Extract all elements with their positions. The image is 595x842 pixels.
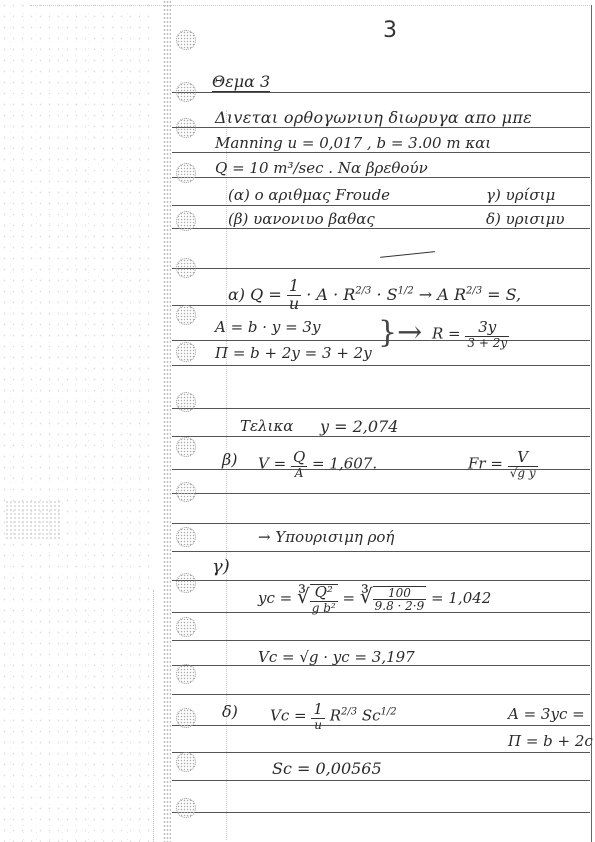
fraction: 1u bbox=[287, 278, 301, 313]
cube-root-icon: ∛ bbox=[297, 584, 310, 608]
eq-tail: = S, bbox=[487, 285, 521, 304]
ruled-line bbox=[172, 812, 590, 813]
froude-equation: Fr = V√g y bbox=[468, 450, 538, 479]
question-g: γ) υρίσιμ bbox=[486, 186, 555, 204]
final-depth: y = 2,074 bbox=[320, 417, 398, 436]
part-d-label: δ) bbox=[222, 702, 238, 721]
part-c-label: γ) bbox=[212, 556, 230, 577]
binder-hole bbox=[176, 82, 196, 102]
critical-depth-equation: yc = ∛Q²g b² = ∛1009.8 · 2·9 = 1,042 bbox=[258, 584, 491, 614]
cube-root-icon: ∛ bbox=[360, 584, 373, 608]
binder-hole bbox=[176, 118, 196, 138]
frac-num: 3y bbox=[465, 320, 509, 337]
binder-hole bbox=[176, 752, 196, 772]
page-right-edge bbox=[591, 5, 592, 842]
margin-line bbox=[226, 110, 227, 840]
eq-lhs: Fr = bbox=[468, 455, 503, 473]
binder-hole bbox=[176, 527, 196, 547]
frac-den: u bbox=[287, 296, 301, 313]
binder-hole bbox=[176, 798, 196, 818]
brace-arrow: }→ bbox=[378, 318, 422, 348]
eq-s: Sc bbox=[362, 707, 381, 725]
fraction: V√g y bbox=[508, 450, 538, 479]
eq-result: = 1,607. bbox=[312, 455, 377, 473]
page-title: Θεμα 3 bbox=[212, 72, 270, 92]
ruled-line bbox=[172, 436, 590, 437]
problem-line-1: Διvεται ορθογωνιυη διωρυγα απο μπε bbox=[215, 108, 532, 127]
ruled-line bbox=[172, 640, 590, 641]
question-d: δ) υρισιμυ bbox=[486, 210, 564, 228]
final-label: Τελικα bbox=[240, 417, 293, 435]
paper-fold-line bbox=[153, 590, 155, 842]
eq-result: A R bbox=[437, 285, 466, 304]
ruled-line bbox=[172, 365, 590, 366]
binder-hole bbox=[176, 342, 196, 362]
underline-stroke bbox=[380, 251, 435, 258]
eq-lhs: yc = bbox=[258, 589, 292, 607]
page-number: 3 bbox=[383, 18, 397, 43]
exponent: 1/2 bbox=[398, 285, 414, 296]
ruled-line bbox=[172, 205, 590, 206]
ruled-line bbox=[172, 228, 590, 229]
binder-hole bbox=[176, 392, 196, 412]
fraction: QA bbox=[291, 450, 307, 479]
binder-hole bbox=[176, 30, 196, 50]
ruled-line bbox=[172, 780, 590, 781]
exponent: 2/3 bbox=[466, 285, 482, 296]
frac-den: 3 + 2y bbox=[465, 337, 509, 350]
binder-hole bbox=[176, 437, 196, 457]
eq-rhs: · A · R bbox=[306, 285, 355, 304]
binder-hole bbox=[176, 573, 196, 593]
ruled-line bbox=[172, 268, 590, 269]
eq-result: = 1,042 bbox=[431, 589, 491, 607]
binder-hole bbox=[176, 258, 196, 278]
part-b-label: β) bbox=[222, 450, 238, 469]
question-b: (β) υανονιυο βαθας bbox=[228, 210, 375, 228]
side-area-equation: A = 3yc = bbox=[508, 705, 585, 723]
velocity-equation: V = QA = 1,607. bbox=[258, 450, 377, 479]
area-equation: A = b · y = 3y bbox=[215, 318, 320, 336]
flow-type: → Υπουρισιμη ροή bbox=[258, 528, 394, 546]
problem-line-3: Q = 10 m³/sec . Να βρεθούν bbox=[215, 159, 428, 177]
question-a: (α) ο αριθμας Froude bbox=[228, 186, 390, 204]
frac-den: 9.8 · 2·9 bbox=[373, 600, 427, 613]
eq-lhs: R = bbox=[432, 325, 461, 343]
binding-strip bbox=[163, 0, 171, 842]
critical-slope-result: Sc = 0,00565 bbox=[272, 759, 382, 778]
ruled-line bbox=[172, 523, 590, 524]
scan-top-edge bbox=[30, 5, 590, 6]
scan-noise-left bbox=[0, 0, 150, 842]
ruled-line bbox=[172, 127, 590, 128]
frac-num: V bbox=[508, 450, 538, 467]
perimeter-equation: Π = b + 2y = 3 + 2y bbox=[215, 344, 372, 362]
frac-num: Q² bbox=[310, 585, 338, 602]
frac-den: A bbox=[291, 467, 307, 480]
hydraulic-radius-equation: R = 3y3 + 2y bbox=[432, 320, 509, 349]
fraction: 1u bbox=[311, 702, 325, 731]
scan-noise-patch bbox=[5, 500, 60, 540]
ruled-line bbox=[172, 177, 590, 178]
ruled-line bbox=[172, 551, 590, 552]
exponent: 1/2 bbox=[381, 707, 397, 718]
frac-den: √g y bbox=[508, 467, 538, 480]
exponent: 2/3 bbox=[341, 707, 357, 718]
eq-lhs: Q = bbox=[250, 285, 282, 304]
eq-rhs: R bbox=[330, 707, 341, 725]
ruled-line bbox=[172, 694, 590, 695]
fraction: 1009.8 · 2·9 bbox=[373, 586, 427, 613]
binder-hole bbox=[176, 211, 196, 231]
eq-lhs: V = bbox=[258, 455, 286, 473]
implies-arrow: → bbox=[419, 285, 432, 304]
binder-hole bbox=[176, 617, 196, 637]
part-a-equation: α) Q = 1u · A · R2/3 · S1/2 → A R2/3 = S… bbox=[228, 278, 521, 313]
problem-line-2: Manning u = 0,017 , b = 3.00 m και bbox=[215, 134, 491, 152]
binder-hole bbox=[176, 664, 196, 684]
ruled-line bbox=[172, 752, 590, 753]
ruled-line bbox=[172, 152, 590, 153]
eq-mid: · S bbox=[376, 285, 397, 304]
ruled-line bbox=[172, 92, 590, 93]
frac-den: g b² bbox=[310, 602, 338, 615]
frac-num: Q bbox=[291, 450, 307, 467]
critical-velocity-equation: Vc = √g · yc = 3,197 bbox=[258, 648, 415, 666]
ruled-line bbox=[172, 580, 590, 581]
part-a-label: α) bbox=[228, 285, 245, 304]
binder-hole bbox=[176, 163, 196, 183]
ruled-line bbox=[172, 408, 590, 409]
binder-hole bbox=[176, 305, 196, 325]
frac-num: 1 bbox=[311, 702, 325, 719]
ruled-line bbox=[172, 493, 590, 494]
fraction: 3y3 + 2y bbox=[465, 320, 509, 349]
binder-hole bbox=[176, 708, 196, 728]
exponent: 2/3 bbox=[355, 285, 371, 296]
frac-den: u bbox=[311, 719, 325, 732]
critical-slope-equation: Vc = 1u R2/3 Sc1/2 bbox=[270, 702, 397, 731]
side-perimeter-equation: Π = b + 2c bbox=[508, 732, 593, 750]
eq-lhs: Vc = bbox=[270, 707, 307, 725]
fraction: Q²g b² bbox=[310, 584, 338, 614]
binder-hole bbox=[176, 482, 196, 502]
frac-num: 100 bbox=[373, 587, 427, 601]
